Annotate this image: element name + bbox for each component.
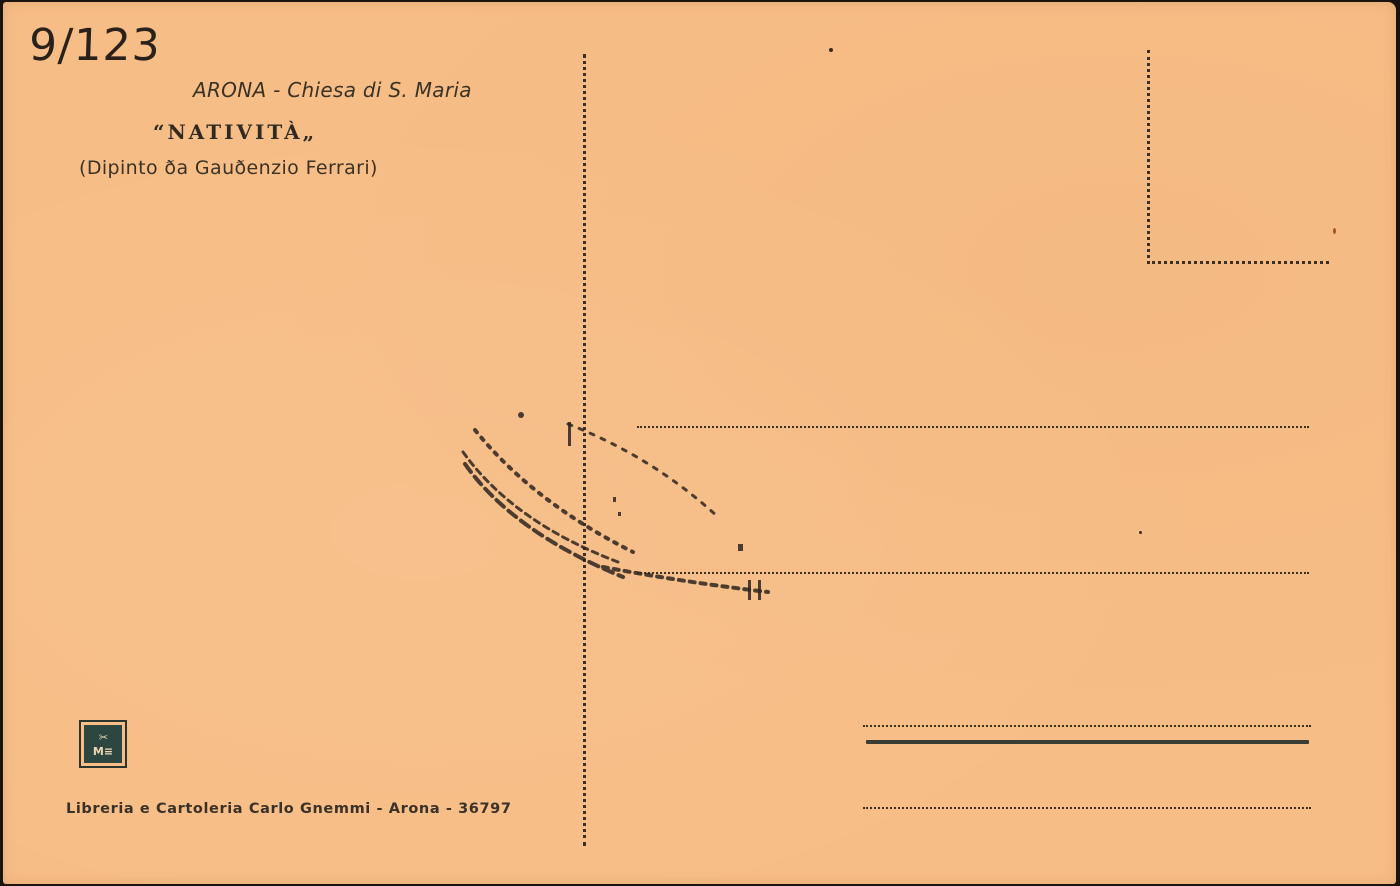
postmark-stamp xyxy=(453,402,783,612)
location-title: ARONA - Chiesa di S. Maria xyxy=(193,78,472,102)
postmark-icon xyxy=(453,402,783,612)
address-line-4 xyxy=(863,807,1311,809)
catalog-number-handwritten: 9/123 xyxy=(28,20,162,71)
stamp-area xyxy=(1147,50,1329,264)
publisher-imprint: Libreria e Cartoleria Carlo Gnemmi - Aro… xyxy=(66,801,512,817)
logo-mark-top: ✂ xyxy=(99,732,107,743)
postcard-back: 9/123 ARONA - Chiesa di S. Maria “NATIVI… xyxy=(3,2,1396,884)
paper-speck xyxy=(1333,228,1336,234)
logo-mark-bottom: M≡ xyxy=(93,746,113,757)
paper-speck xyxy=(1139,531,1142,534)
artwork-title: “NATIVITÀ„ xyxy=(153,120,317,144)
paper-speck xyxy=(829,48,833,52)
address-underline-solid xyxy=(866,740,1309,744)
artist-attribution: (Dipinto ða Gauðenzio Ferrari) xyxy=(79,157,378,179)
address-line-3 xyxy=(863,725,1311,727)
publisher-monogram-icon: ✂ M≡ xyxy=(79,720,127,768)
